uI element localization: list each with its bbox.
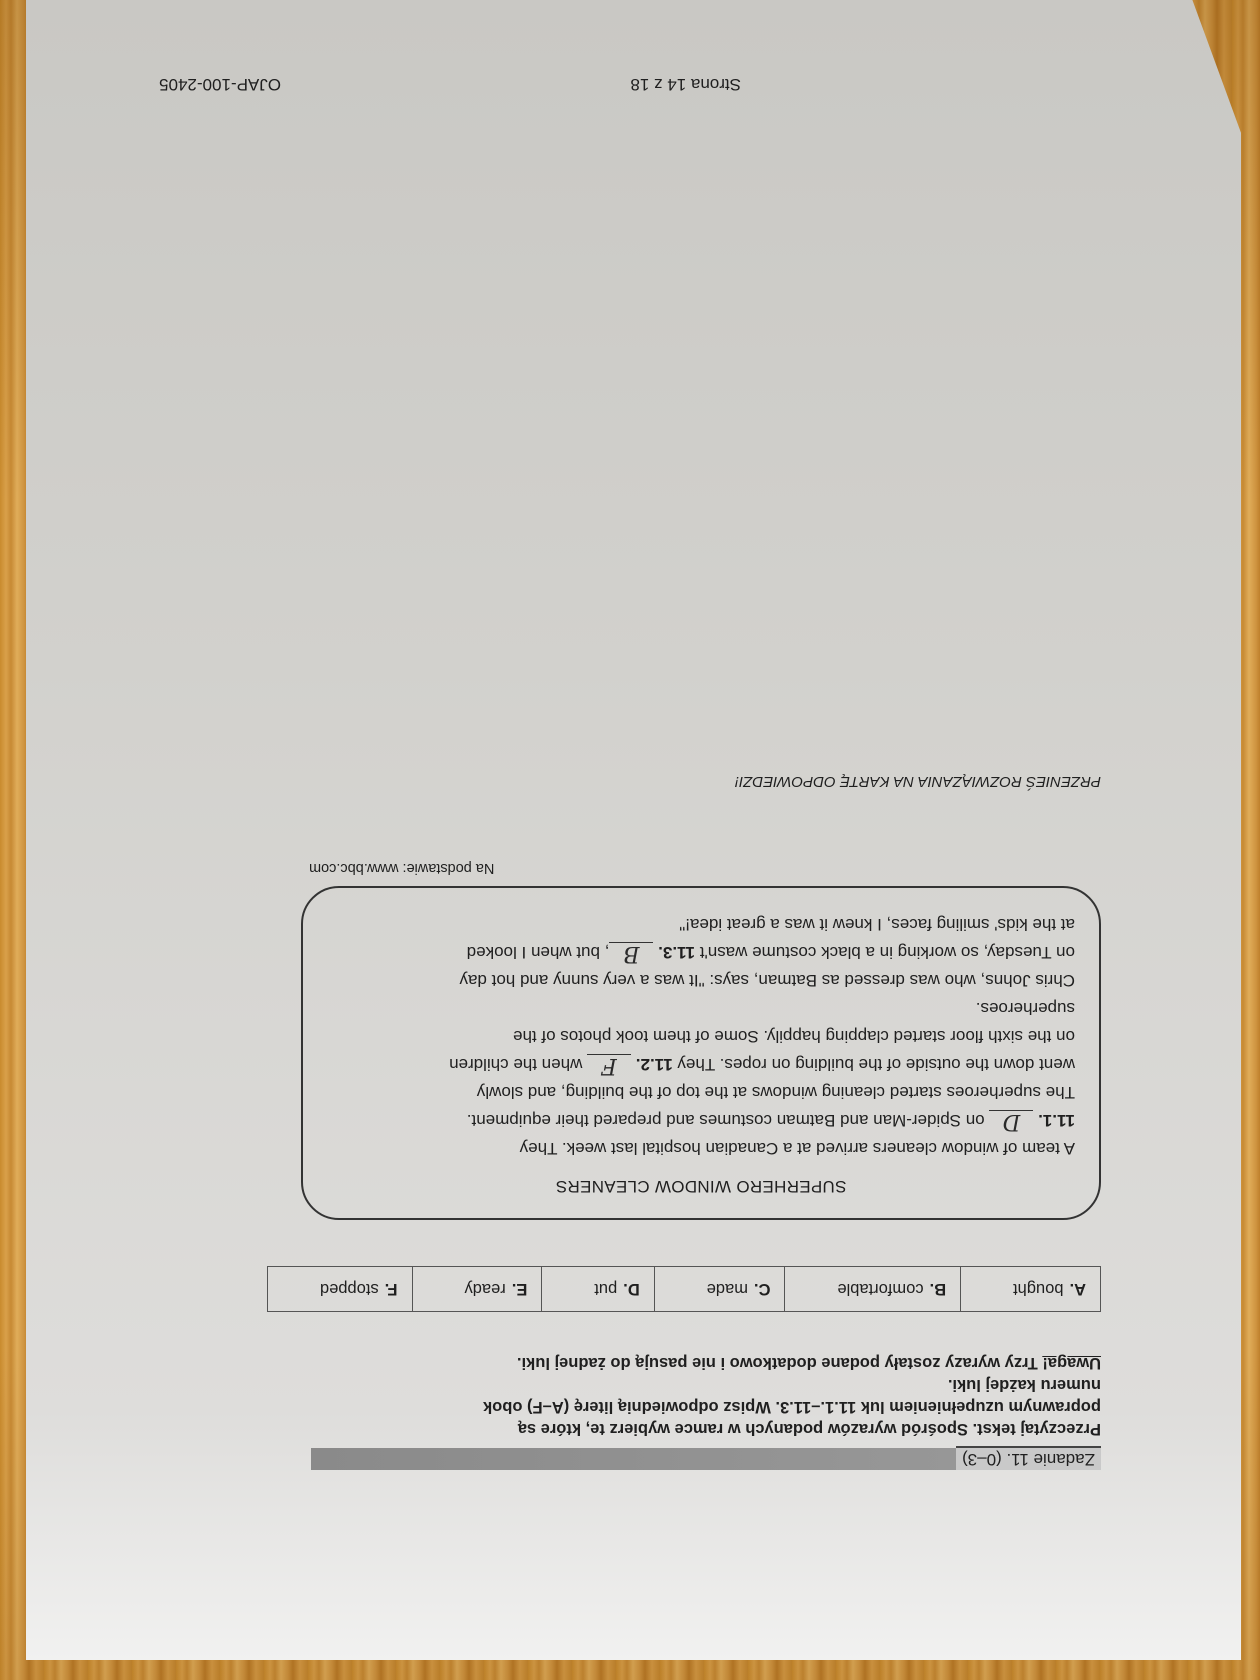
instruction-line: numeru każdej luki. (301, 1374, 1101, 1396)
exam-page: Zadanie 11. (0–3) Przeczytaj tekst. Spoś… (26, 0, 1241, 1660)
instruction-line: poprawnym uzupełnieniem luk 11.1.–11.3. … (301, 1396, 1101, 1418)
note-label: Uwaga! (1042, 1354, 1101, 1372)
gap-11-1-answer[interactable]: D (989, 1110, 1033, 1131)
reading-text-box: SUPERHERO WINDOW CLEANERS A team of wind… (301, 886, 1101, 1220)
task-header-bar: Zadanie 11. (0–3) (311, 1448, 1101, 1470)
task-title: Zadanie 11. (0–3) (956, 1446, 1101, 1470)
task-instructions: Przeczytaj tekst. Spośród wyrazów podany… (301, 1352, 1101, 1440)
instruction-line: Przeczytaj tekst. Spośród wyrazów podany… (301, 1418, 1101, 1440)
word-options-box: A.bought B.comfortable C.made D.put E.re… (267, 1266, 1101, 1312)
text-title: SUPERHERO WINDOW CLEANERS (327, 1176, 1075, 1196)
option-e: E.ready (412, 1267, 542, 1311)
page-footer: Strona 14 z 18 OJAP-100-2405 (26, 70, 1241, 94)
source-attribution: Na podstawie: www.bbc.com (309, 860, 1101, 876)
option-a: A.bought (960, 1267, 1100, 1311)
option-f: F.stopped (268, 1267, 412, 1311)
transfer-answers-note: PRZENIEŚ ROZWIĄZANIA NA KARTĘ ODPOWIEDZI… (301, 773, 1101, 790)
page-content: Zadanie 11. (0–3) Przeczytaj tekst. Spoś… (301, 773, 1101, 1470)
text-body: A team of window cleaners arrived at a C… (327, 910, 1075, 1162)
option-d: D.put (541, 1267, 653, 1311)
note-text: Trzy wyrazy zostały podane dodatkowo i n… (517, 1354, 1042, 1372)
gap-11-2-answer[interactable]: F (587, 1054, 631, 1075)
option-c: C.made (654, 1267, 785, 1311)
option-b: B.comfortable (784, 1267, 960, 1311)
instruction-note: Uwaga! Trzy wyrazy zostały podane dodatk… (301, 1352, 1101, 1374)
exam-code: OJAP-100-2405 (159, 74, 281, 94)
gap-11-3-answer[interactable]: B (609, 942, 653, 963)
page-number: Strona 14 z 18 (630, 74, 741, 94)
